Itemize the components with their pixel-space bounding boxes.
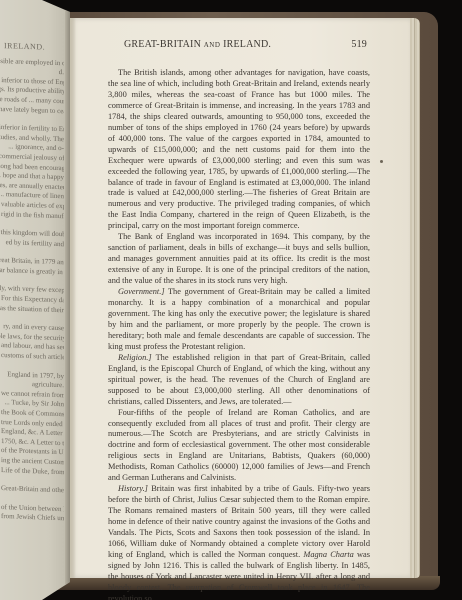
paragraph-religion: Religion.] The established religion in t… (108, 353, 370, 408)
right-page-gutter-shade (70, 18, 76, 578)
left-running-head: IRELAND. (0, 41, 64, 53)
section-lead: Religion.] (118, 353, 152, 362)
paragraph-navigation: The British islands, among other advanta… (108, 68, 370, 232)
paragraph-ireland-religion: Four-fifths of the people of Ireland are… (108, 408, 370, 485)
paragraph-text: The British islands, among other advanta… (108, 68, 370, 230)
section-lead: Government.] (118, 287, 165, 296)
body-text: The British islands, among other advanta… (108, 68, 370, 600)
paragraph-text: Britain was first inhabited by a tribe o… (108, 484, 370, 559)
left-page: IRELAND.ossible are employed in carry-d.… (0, 0, 70, 600)
running-head-and: AND (204, 41, 221, 49)
italic-term: Magna Charta (303, 550, 353, 559)
paragraph-text: The Bank of England was incorporated in … (108, 232, 370, 285)
running-head-part1: GREAT-BRITAIN (124, 39, 201, 50)
page-stain (380, 160, 383, 163)
paragraph-text: The government of Great-Britain may be c… (108, 287, 370, 351)
paragraph-text: Four-fifths of the people of Ireland are… (108, 408, 370, 483)
left-page-text: IRELAND.ossible are employed in carry-d.… (0, 41, 64, 524)
paragraph-history: History.] Britain was first inhabited by… (108, 484, 370, 600)
section-lead: History.] (118, 484, 148, 493)
running-head-title: GREAT-BRITAIN AND IRELAND. (124, 39, 271, 50)
paragraph-government: Government.] The government of Great-Bri… (108, 287, 370, 353)
running-head-part2: IRELAND. (223, 39, 271, 50)
paragraph-bank: The Bank of England was incorporated in … (108, 232, 370, 287)
left-text-line: ... from Jewish Chiefs under Edward (0, 512, 64, 524)
page-number: 519 (351, 39, 367, 50)
